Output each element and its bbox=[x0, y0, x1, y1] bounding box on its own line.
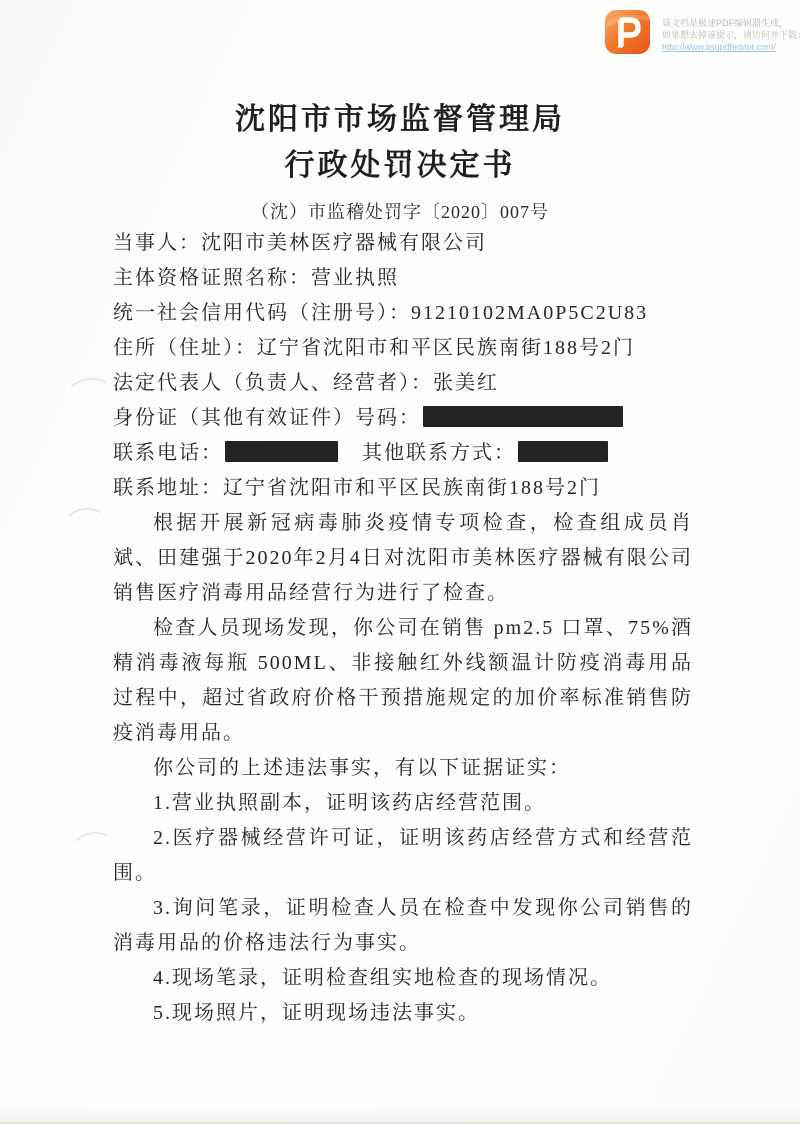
document-text: 主体资格证照名称：营业执照 bbox=[113, 267, 399, 289]
document-text: 5.现场照片，证明现场违法事实。 bbox=[153, 1002, 480, 1024]
document-line: 法定代表人（负责人、经营者）：张美红 bbox=[113, 366, 693, 401]
document-text: 你公司的上述违法事实，有以下证据证实： bbox=[153, 757, 571, 779]
document-text: 住所（住址）：辽宁省沈阳市和平区民族南街188号2门 bbox=[113, 337, 635, 359]
document-line: 联系地址：辽宁省沈阳市和平区民族南街188号2门 bbox=[113, 471, 693, 506]
watermark-notice: 该文档是极速PDF编辑器生成， 如果想去掉该提示，请访问并下载： http://… bbox=[662, 17, 800, 53]
watermark-url: http://www.jisupdfeditor.com/ bbox=[662, 42, 776, 52]
scan-artifact bbox=[70, 829, 117, 866]
document-line: 3.询问笔录，证明检查人员在检查中发现你公司销售的消毒用品的价格违法行为事实。 bbox=[113, 891, 693, 961]
redaction-bar bbox=[423, 406, 623, 427]
document-line: 2.医疗器械经营许可证，证明该药店经营方式和经营范围。 bbox=[113, 821, 693, 891]
document-text: 2.医疗器械经营许可证，证明该药店经营方式和经营范围。 bbox=[113, 827, 693, 884]
document-text: 根据开展新冠病毒肺炎疫情专项检查，检查组成员肖斌、田建强于2020年2月4日对沈… bbox=[113, 512, 693, 604]
page-bottom-edge bbox=[0, 1106, 800, 1124]
document-text: 3.询问笔录，证明检查人员在检查中发现你公司销售的消毒用品的价格违法行为事实。 bbox=[113, 897, 693, 954]
document-text: 当事人：沈阳市美林医疗器械有限公司 bbox=[113, 232, 487, 254]
scan-artifact bbox=[62, 506, 109, 542]
scanned-document-page: 该文档是极速PDF编辑器生成， 如果想去掉该提示，请访问并下载： http://… bbox=[0, 0, 800, 1124]
document-text: 统一社会信用代码（注册号）：91210102MA0P5C2U83 bbox=[113, 302, 648, 324]
document-line: 根据开展新冠病毒肺炎疫情专项检查，检查组成员肖斌、田建强于2020年2月4日对沈… bbox=[113, 506, 693, 611]
document-type-title: 行政处罚决定书 bbox=[0, 146, 800, 186]
document-text: 身份证（其他有效证件）号码： bbox=[113, 407, 421, 429]
document-header: 沈阳市市场监督管理局 行政处罚决定书 （沈）市监稽处罚字〔2020〕007号 bbox=[0, 100, 800, 224]
watermark-line2: 如果想去掉该提示，请访问并下载： bbox=[662, 30, 800, 40]
document-text: 1.营业执照副本，证明该药店经营范围。 bbox=[153, 792, 546, 814]
document-body: 当事人：沈阳市美林医疗器械有限公司主体资格证照名称：营业执照统一社会信用代码（注… bbox=[113, 226, 693, 1031]
document-line: 当事人：沈阳市美林医疗器械有限公司 bbox=[113, 226, 693, 261]
watermark-line1: 该文档是极速PDF编辑器生成， bbox=[662, 18, 788, 28]
document-text: 检查人员现场发现，你公司在销售 pm2.5 口罩、75%酒精消毒液每瓶 500M… bbox=[113, 617, 693, 744]
document-line: 统一社会信用代码（注册号）：91210102MA0P5C2U83 bbox=[113, 296, 693, 331]
document-line: 4.现场笔录，证明检查组实地检查的现场情况。 bbox=[113, 961, 693, 996]
document-line: 主体资格证照名称：营业执照 bbox=[113, 261, 693, 296]
document-line: 5.现场照片，证明现场违法事实。 bbox=[113, 996, 693, 1031]
document-line: 身份证（其他有效证件）号码： bbox=[113, 401, 693, 436]
agency-title: 沈阳市市场监督管理局 bbox=[0, 100, 800, 140]
document-line: 检查人员现场发现，你公司在销售 pm2.5 口罩、75%酒精消毒液每瓶 500M… bbox=[113, 611, 693, 751]
redaction-bar bbox=[225, 441, 338, 462]
scan-artifact bbox=[64, 375, 116, 415]
document-line: 1.营业执照副本，证明该药店经营范围。 bbox=[113, 786, 693, 821]
document-text: 4.现场笔录，证明检查组实地检查的现场情况。 bbox=[153, 967, 612, 989]
redaction-bar bbox=[518, 441, 608, 462]
pdf-editor-watermark: 该文档是极速PDF编辑器生成， 如果想去掉该提示，请访问并下载： http://… bbox=[604, 8, 800, 56]
document-line: 你公司的上述违法事实，有以下证据证实： bbox=[113, 751, 693, 786]
document-text: 联系地址：辽宁省沈阳市和平区民族南街188号2门 bbox=[113, 477, 601, 499]
pdf-editor-logo-icon bbox=[604, 8, 652, 56]
document-line: 联系电话： 其他联系方式： bbox=[113, 436, 693, 471]
document-line: 住所（住址）：辽宁省沈阳市和平区民族南街188号2门 bbox=[113, 331, 693, 366]
document-text: 其他联系方式： bbox=[340, 442, 516, 464]
document-number: （沈）市监稽处罚字〔2020〕007号 bbox=[0, 198, 800, 224]
document-text: 法定代表人（负责人、经营者）：张美红 bbox=[113, 372, 499, 394]
document-text: 联系电话： bbox=[113, 442, 223, 464]
